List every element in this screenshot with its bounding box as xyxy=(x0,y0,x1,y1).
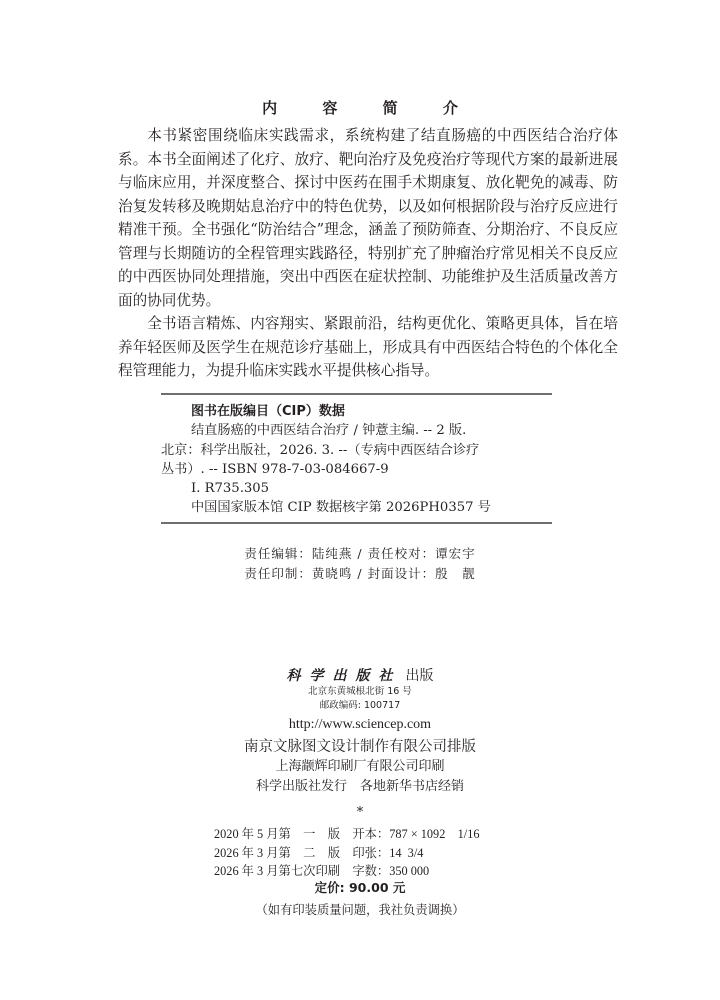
publisher-name: 科学出版社 xyxy=(287,668,402,684)
page-title: 内 容 简 介 xyxy=(0,97,720,118)
edition-row-second: 2026 年 3 月第 二 版 印张：14 3/4 xyxy=(214,844,514,863)
price: 定价: 90.00 元 xyxy=(0,879,720,897)
publisher-address: 北京东黄城根北街 16 号 xyxy=(0,685,720,699)
quality-notice: （如有印装质量问题，我社负责调换） xyxy=(0,901,720,919)
abstract-section: 本书紧密围绕临床实践需求，系统构建了结直肠癌的中西医结合治疗体系。本书全面阐述了… xyxy=(118,124,618,383)
editorial-credits: 责任编辑：陆纯燕 / 责任校对：谭宏宇 责任印制：黄晓鸣 / 封面设计：殷 靓 xyxy=(0,544,720,584)
cip-line-record-number: 中国国家版本馆 CIP 数据核字第 2026PH0357 号 xyxy=(161,498,552,517)
credits-line-editor-proofreader: 责任编辑：陆纯燕 / 责任校对：谭宏宇 xyxy=(0,544,720,564)
cip-line-publisher: 北京：科学出版社，2026. 3. --（专病中西医结合诊疗 xyxy=(161,441,552,460)
cip-data-block: 图书在版编目（CIP）数据 结直肠癌的中西医结合治疗 / 钟薏主编. -- 2 … xyxy=(161,393,552,524)
typesetter: 南京文脉图文设计制作有限公司排版 xyxy=(0,737,720,757)
publisher-url: http://www.sciencep.com xyxy=(0,715,720,735)
copyright-page: 内 容 简 介 本书紧密围绕临床实践需求，系统构建了结直肠癌的中西医结合治疗体系… xyxy=(0,0,720,1000)
printing-block: 南京文脉图文设计制作有限公司排版 上海颛辉印刷厂有限公司印刷 科学出版社发行 各… xyxy=(0,737,720,823)
edition-info: 2020 年 5 月第 一 版 开本：787 × 1092 1/16 2026 … xyxy=(214,825,514,881)
cip-heading: 图书在版编目（CIP）数据 xyxy=(161,402,552,421)
edition-row-printing: 2026 年 3 月第七次印刷 字数：350 000 xyxy=(214,862,514,881)
abstract-paragraph-2: 全书语言精炼、内容翔实、紧跟前沿，结构更优化、策略更具体，旨在培养年轻医师及医学… xyxy=(118,312,618,383)
printer: 上海颛辉印刷厂有限公司印刷 xyxy=(0,757,720,777)
distribution: 科学出版社发行 各地新华书店经销 xyxy=(0,777,720,797)
cip-line-classification: Ⅰ. R735.305 xyxy=(161,479,552,498)
publisher-name-line: 科学出版社出版 xyxy=(0,667,720,685)
cip-line-isbn: 丛书）. -- ISBN 978-7-03-084667-9 xyxy=(161,460,552,479)
abstract-paragraph-1: 本书紧密围绕临床实践需求，系统构建了结直肠癌的中西医结合治疗体系。本书全面阐述了… xyxy=(118,124,618,312)
separator-asterisk: * xyxy=(0,803,720,823)
publisher-postcode: 邮政编码: 100717 xyxy=(0,699,720,713)
cip-line-title: 结直肠癌的中西医结合治疗 / 钟薏主编. -- 2 版. xyxy=(161,421,552,440)
edition-row-first: 2020 年 5 月第 一 版 开本：787 × 1092 1/16 xyxy=(214,825,514,844)
publisher-suffix: 出版 xyxy=(406,668,434,684)
credits-line-printing-cover: 责任印制：黄晓鸣 / 封面设计：殷 靓 xyxy=(0,564,720,584)
publisher-block: 科学出版社出版 北京东黄城根北街 16 号 邮政编码: 100717 http:… xyxy=(0,667,720,735)
